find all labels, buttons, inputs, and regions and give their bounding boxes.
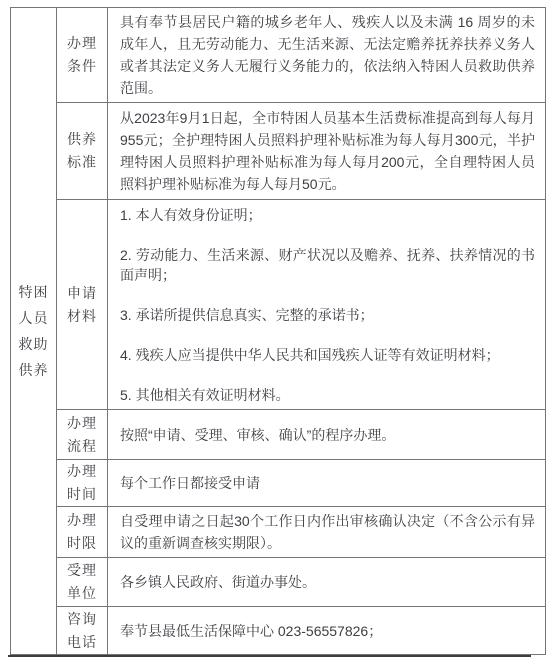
row-header-banli-shijian: 办理 时间: [57, 460, 108, 507]
row-content-phone: 奉节县最低生活保障中心 023-56557826；: [108, 607, 546, 655]
row-content-standards: 从2023年9月1日起，全市特困人员基本生活费标准提高到每人每月955元；全护理…: [108, 103, 546, 200]
row-content-accepting-unit: 各乡镇人民政府、街道办事处。: [108, 558, 546, 607]
table-row: 办理 流程 按照“申请、受理、审核、确认”的程序办理。: [11, 410, 546, 460]
row-header-banli-liucheng: 办理 流程: [57, 410, 108, 460]
row-content-conditions: 具有奉节县居民户籍的城乡老年人、残疾人以及未满 16 周岁的未成年人，且无劳动能…: [108, 8, 546, 103]
table-row: 供养 标准 从2023年9月1日起，全市特困人员基本生活费标准提高到每人每月95…: [11, 103, 546, 200]
table-row: 咨询 电话 奉节县最低生活保障中心 023-56557826；: [11, 607, 546, 655]
row-header-banli-tiaojian: 办理 条件: [57, 8, 108, 103]
assistance-info-table: 特困 人员 救助 供养 办理 条件 具有奉节县居民户籍的城乡老年人、残疾人以及未…: [10, 7, 546, 655]
table-row: 办理 时限 自受理申请之日起30个工作日内作出审核确认决定（不含公示有异议的重新…: [11, 507, 546, 558]
row-header-shouli-danwei: 受理 单位: [57, 558, 108, 607]
row-header-gongyang-biaozhun: 供养 标准: [57, 103, 108, 200]
row-header-shenqing-cailiao: 申请 材料: [57, 200, 108, 410]
page-footer-divider: [8, 655, 531, 657]
row-content-time-limit: 自受理申请之日起30个工作日内作出审核确认决定（不含公示有异议的重新调查核实期限…: [108, 507, 546, 558]
table-row: 申请 材料 1. 本人有效身份证明； 2. 劳动能力、生活来源、财产状况以及赡养…: [11, 200, 546, 410]
table-row: 办理 时间 每个工作日都接受申请: [11, 460, 546, 507]
row-content-materials: 1. 本人有效身份证明； 2. 劳动能力、生活来源、财产状况以及赡养、抚养、扶养…: [108, 200, 546, 410]
document-page: 特困 人员 救助 供养 办理 条件 具有奉节县居民户籍的城乡老年人、残疾人以及未…: [0, 0, 554, 665]
table-row: 特困 人员 救助 供养 办理 条件 具有奉节县居民户籍的城乡老年人、残疾人以及未…: [11, 8, 546, 103]
group-label-cell: 特困 人员 救助 供养: [11, 8, 57, 655]
table-row: 受理 单位 各乡镇人民政府、街道办事处。: [11, 558, 546, 607]
row-content-office-hours: 每个工作日都接受申请: [108, 460, 546, 507]
row-content-procedure: 按照“申请、受理、审核、确认”的程序办理。: [108, 410, 546, 460]
row-header-zixun-dianhua: 咨询 电话: [57, 607, 108, 655]
row-header-banli-shixian: 办理 时限: [57, 507, 108, 558]
